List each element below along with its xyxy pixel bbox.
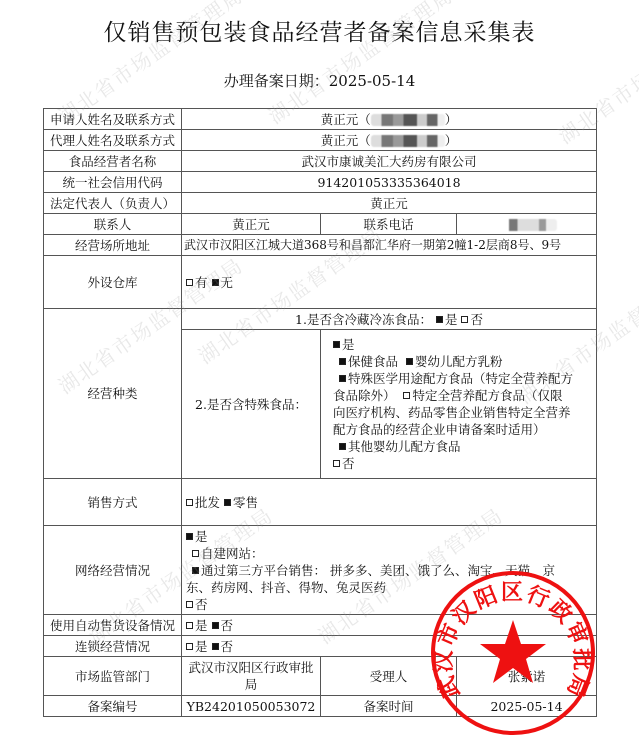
redacted-phone <box>371 135 445 147</box>
paren-close: ） <box>445 112 458 127</box>
operator-name-value: 武汉市康诚美汇大药房有限公司 <box>182 151 597 172</box>
contact-value: 黄正元 <box>182 214 321 235</box>
redacted-phone <box>497 219 557 231</box>
option-label: 无 <box>221 275 234 290</box>
row-address: 经营场所地址 武汉市汉阳区江城大道368号和昌都汇华府一期第2幢1-2层商8号、… <box>44 235 597 256</box>
department-label: 市场监管部门 <box>44 657 182 696</box>
option-label: 是 <box>195 639 208 654</box>
checkbox-warehouse-yes[interactable] <box>186 279 193 286</box>
row-legal-rep: 法定代表人（负责人） 黄正元 <box>44 193 597 214</box>
business-type-label: 经营种类 <box>44 309 182 479</box>
checkbox-other-infant-food[interactable] <box>339 443 346 450</box>
agent-name: 黄正元（ <box>321 133 371 148</box>
checkbox-chain-no[interactable] <box>212 643 219 650</box>
checkbox-online-yes[interactable] <box>186 533 193 540</box>
checkbox-wholesale[interactable] <box>186 499 193 506</box>
receiver-label: 受理人 <box>321 657 457 696</box>
chain-label: 连锁经营情况 <box>44 636 182 657</box>
online-options: 是 自建网站： 通过第三方平台销售： 拼多多、美团、饿了么、淘宝、天猫、京 东、… <box>182 526 597 615</box>
credit-code-label: 统一社会信用代码 <box>44 172 182 193</box>
sales-method-label: 销售方式 <box>44 479 182 526</box>
sales-method-options: 批发 零售 <box>182 479 597 526</box>
option-label: 其他婴幼儿配方食品 <box>348 439 461 454</box>
applicant-value: 黄正元（） <box>182 109 597 130</box>
record-time-value: 2025-05-14 <box>457 696 597 717</box>
vending-label: 使用自动售货设备情况 <box>44 615 182 636</box>
checkbox-cold-yes[interactable] <box>436 316 443 323</box>
row-chain: 连锁经营情况 是 否 <box>44 636 597 657</box>
receiver-value: 张紫诺 <box>457 657 597 696</box>
checkbox-warehouse-no[interactable] <box>212 279 219 286</box>
option-label: 零售 <box>233 495 258 510</box>
applicant-label: 申请人姓名及联系方式 <box>44 109 182 130</box>
checkbox-medical-food[interactable] <box>339 375 346 382</box>
filing-date: 办理备案日期：2025-05-14 <box>0 70 639 91</box>
checkbox-infant-formula[interactable] <box>406 358 413 365</box>
record-number-label: 备案编号 <box>44 696 182 717</box>
option-label: 向医疗机构、药品零售企业销售特定全营养 <box>333 405 571 420</box>
option-label: 是 <box>195 618 208 633</box>
agent-label: 代理人姓名及联系方式 <box>44 130 182 151</box>
option-label: 是 <box>342 337 355 352</box>
row-department: 市场监管部门 武汉市汉阳区行政审批局 受理人 张紫诺 <box>44 657 597 696</box>
option-label: 是 <box>195 529 208 544</box>
option-label: 特定全营养配方食品（仅限 <box>412 388 562 403</box>
filing-date-label: 办理备案日期： <box>224 72 329 90</box>
option-label: 婴幼儿配方乳粉 <box>415 354 503 369</box>
option-label: 有 <box>195 275 208 290</box>
checkbox-health-food[interactable] <box>339 358 346 365</box>
option-label: 通过第三方平台销售： 拼多多、美团、饿了么、淘宝、天猫、京 <box>201 563 555 578</box>
option-label: 否 <box>195 597 208 612</box>
agent-value: 黄正元（） <box>182 130 597 151</box>
option-label: 是 <box>445 312 458 327</box>
row-agent: 代理人姓名及联系方式 黄正元（） <box>44 130 597 151</box>
checkbox-cold-no[interactable] <box>461 316 468 323</box>
checkbox-retail[interactable] <box>224 499 231 506</box>
phone-value <box>457 214 597 235</box>
department-value: 武汉市汉阳区行政审批局 <box>182 657 321 696</box>
checkbox-special-yes[interactable] <box>333 341 340 348</box>
checkbox-special-no[interactable] <box>333 460 340 467</box>
row-vending: 使用自动售货设备情况 是 否 <box>44 615 597 636</box>
record-time-label: 备案时间 <box>321 696 457 717</box>
phone-label: 联系电话 <box>321 214 457 235</box>
checkbox-full-nutrition[interactable] <box>403 392 410 399</box>
checkbox-vending-yes[interactable] <box>186 622 193 629</box>
question-text: 1.是否含冷藏冷冻食品： <box>295 312 432 327</box>
checkbox-chain-yes[interactable] <box>186 643 193 650</box>
chain-options: 是 否 <box>182 636 597 657</box>
cold-food-question: 1.是否含冷藏冷冻食品： 是 否 <box>182 309 597 330</box>
row-applicant: 申请人姓名及联系方式 黄正元（） <box>44 109 597 130</box>
option-label: 配方食品的经营企业申请备案时适用） <box>333 422 546 437</box>
legal-rep-value: 黄正元 <box>182 193 597 214</box>
option-label: 自建网站： <box>201 546 264 561</box>
warehouse-label: 外设仓库 <box>44 256 182 309</box>
filing-date-value: 2025-05-14 <box>329 72 415 90</box>
option-label: 否 <box>221 618 234 633</box>
applicant-name: 黄正元（ <box>321 112 371 127</box>
filing-form-table: 申请人姓名及联系方式 黄正元（） 代理人姓名及联系方式 黄正元（） 食品经营者名… <box>43 108 597 717</box>
row-operator-name: 食品经营者名称 武汉市康诚美汇大药房有限公司 <box>44 151 597 172</box>
option-label: 保健食品 <box>348 354 398 369</box>
credit-code-value: 914201053335364018 <box>182 172 597 193</box>
row-contact: 联系人 黄正元 联系电话 <box>44 214 597 235</box>
row-record: 备案编号 YB24201050053072 备案时间 2025-05-14 <box>44 696 597 717</box>
record-number-value: YB24201050053072 <box>182 696 321 717</box>
option-label: 东、药房网、抖音、得物、兔灵医药 <box>186 580 386 595</box>
row-warehouse: 外设仓库 有 无 <box>44 256 597 309</box>
checkbox-online-no[interactable] <box>186 601 193 608</box>
row-online: 网络经营情况 是 自建网站： 通过第三方平台销售： 拼多多、美团、饿了么、淘宝、… <box>44 526 597 615</box>
checkbox-vending-no[interactable] <box>212 622 219 629</box>
address-label: 经营场所地址 <box>44 235 182 256</box>
row-business-type-q1: 经营种类 1.是否含冷藏冷冻食品： 是 否 <box>44 309 597 330</box>
option-label: 批发 <box>195 495 220 510</box>
online-label: 网络经营情况 <box>44 526 182 615</box>
contact-label: 联系人 <box>44 214 182 235</box>
checkbox-third-party[interactable] <box>192 567 199 574</box>
special-food-options: 是 保健食品 婴幼儿配方乳粉 特殊医学用途配方食品（特定全营养配方 食品除外） … <box>321 330 597 479</box>
checkbox-self-site[interactable] <box>192 550 199 557</box>
row-credit-code: 统一社会信用代码 914201053335364018 <box>44 172 597 193</box>
row-sales-method: 销售方式 批发 零售 <box>44 479 597 526</box>
redacted-phone <box>371 114 445 126</box>
document-title: 仅销售预包装食品经营者备案信息采集表 <box>0 14 639 47</box>
legal-rep-label: 法定代表人（负责人） <box>44 193 182 214</box>
paren-close: ） <box>445 133 458 148</box>
operator-name-label: 食品经营者名称 <box>44 151 182 172</box>
special-food-question: 2.是否含特殊食品： <box>182 330 321 479</box>
option-label: 否 <box>342 456 355 471</box>
option-label: 食品除外） <box>333 388 396 403</box>
option-label: 特殊医学用途配方食品（特定全营养配方 <box>348 371 573 386</box>
address-value: 武汉市汉阳区江城大道368号和昌都汇华府一期第2幢1-2层商8号、9号 <box>182 235 597 256</box>
warehouse-options: 有 无 <box>182 256 597 309</box>
option-label: 否 <box>221 639 234 654</box>
vending-options: 是 否 <box>182 615 597 636</box>
option-label: 否 <box>470 312 483 327</box>
